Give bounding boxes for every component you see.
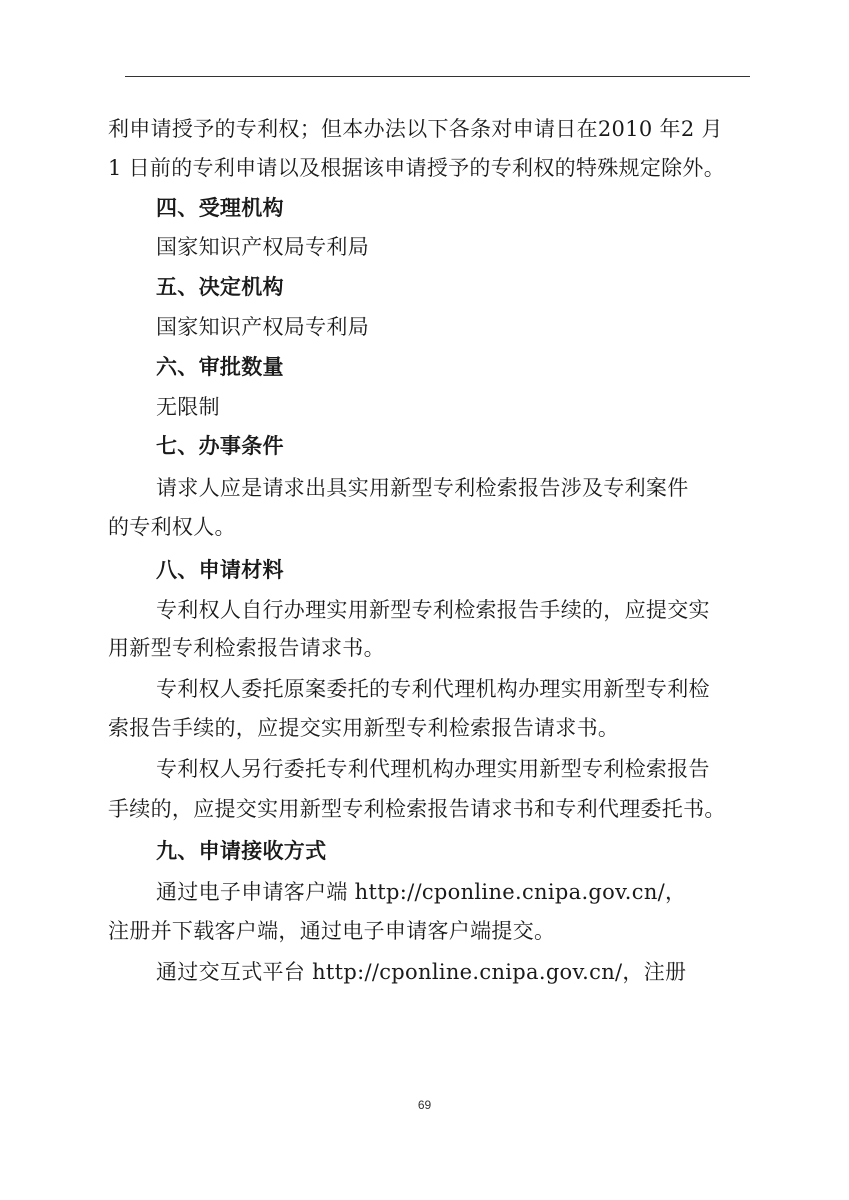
paragraph-line: 专利权人自行办理实用新型专利检索报告手续的，应提交实: [156, 596, 710, 624]
section-heading: 九、申请接收方式: [156, 837, 326, 865]
page-number: 69: [0, 1098, 849, 1112]
paragraph-line: 索报告手续的，应提交实用新型专利检索报告请求书。: [108, 714, 619, 742]
paragraph-line: 请求人应是请求出具实用新型专利检索报告涉及专利案件: [156, 474, 689, 502]
paragraph-line: 国家知识产权局专利局: [156, 233, 369, 261]
paragraph-line: 无限制: [156, 393, 220, 421]
paragraph-line: 专利权人另行委托专利代理机构办理实用新型专利检索报告: [156, 755, 710, 783]
paragraph-line: 手续的，应提交实用新型专利检索报告请求书和专利代理委托书。: [108, 795, 726, 823]
section-heading: 五、决定机构: [156, 273, 284, 301]
paragraph-line: 专利权人委托原案委托的专利代理机构办理实用新型专利检: [156, 675, 710, 703]
paragraph-line: 注册并下载客户端，通过电子申请客户端提交。: [108, 917, 555, 945]
section-heading: 八、申请材料: [156, 556, 284, 584]
paragraph-line: 国家知识产权局专利局: [156, 313, 369, 341]
paragraph-line: 用新型专利检索报告请求书。: [108, 634, 385, 662]
section-heading: 七、办事条件: [156, 432, 284, 460]
paragraph-line: 利申请授予的专利权；但本办法以下各条对申请日在2010 年2 月: [108, 115, 723, 143]
document-page: 利申请授予的专利权；但本办法以下各条对申请日在2010 年2 月 1 日前的专利…: [0, 0, 849, 1200]
paragraph-line: 通过交互式平台 http://cponline.cnipa.gov.cn/，注册: [156, 958, 686, 986]
section-heading: 六、审批数量: [156, 353, 284, 381]
paragraph-line: 的专利权人。: [108, 513, 236, 541]
section-heading: 四、受理机构: [156, 194, 284, 222]
paragraph-line: 通过电子申请客户端 http://cponline.cnipa.gov.cn/，: [156, 878, 686, 906]
header-rule: [125, 76, 750, 77]
paragraph-line: 1 日前的专利申请以及根据该申请授予的专利权的特殊规定除外。: [108, 154, 725, 182]
